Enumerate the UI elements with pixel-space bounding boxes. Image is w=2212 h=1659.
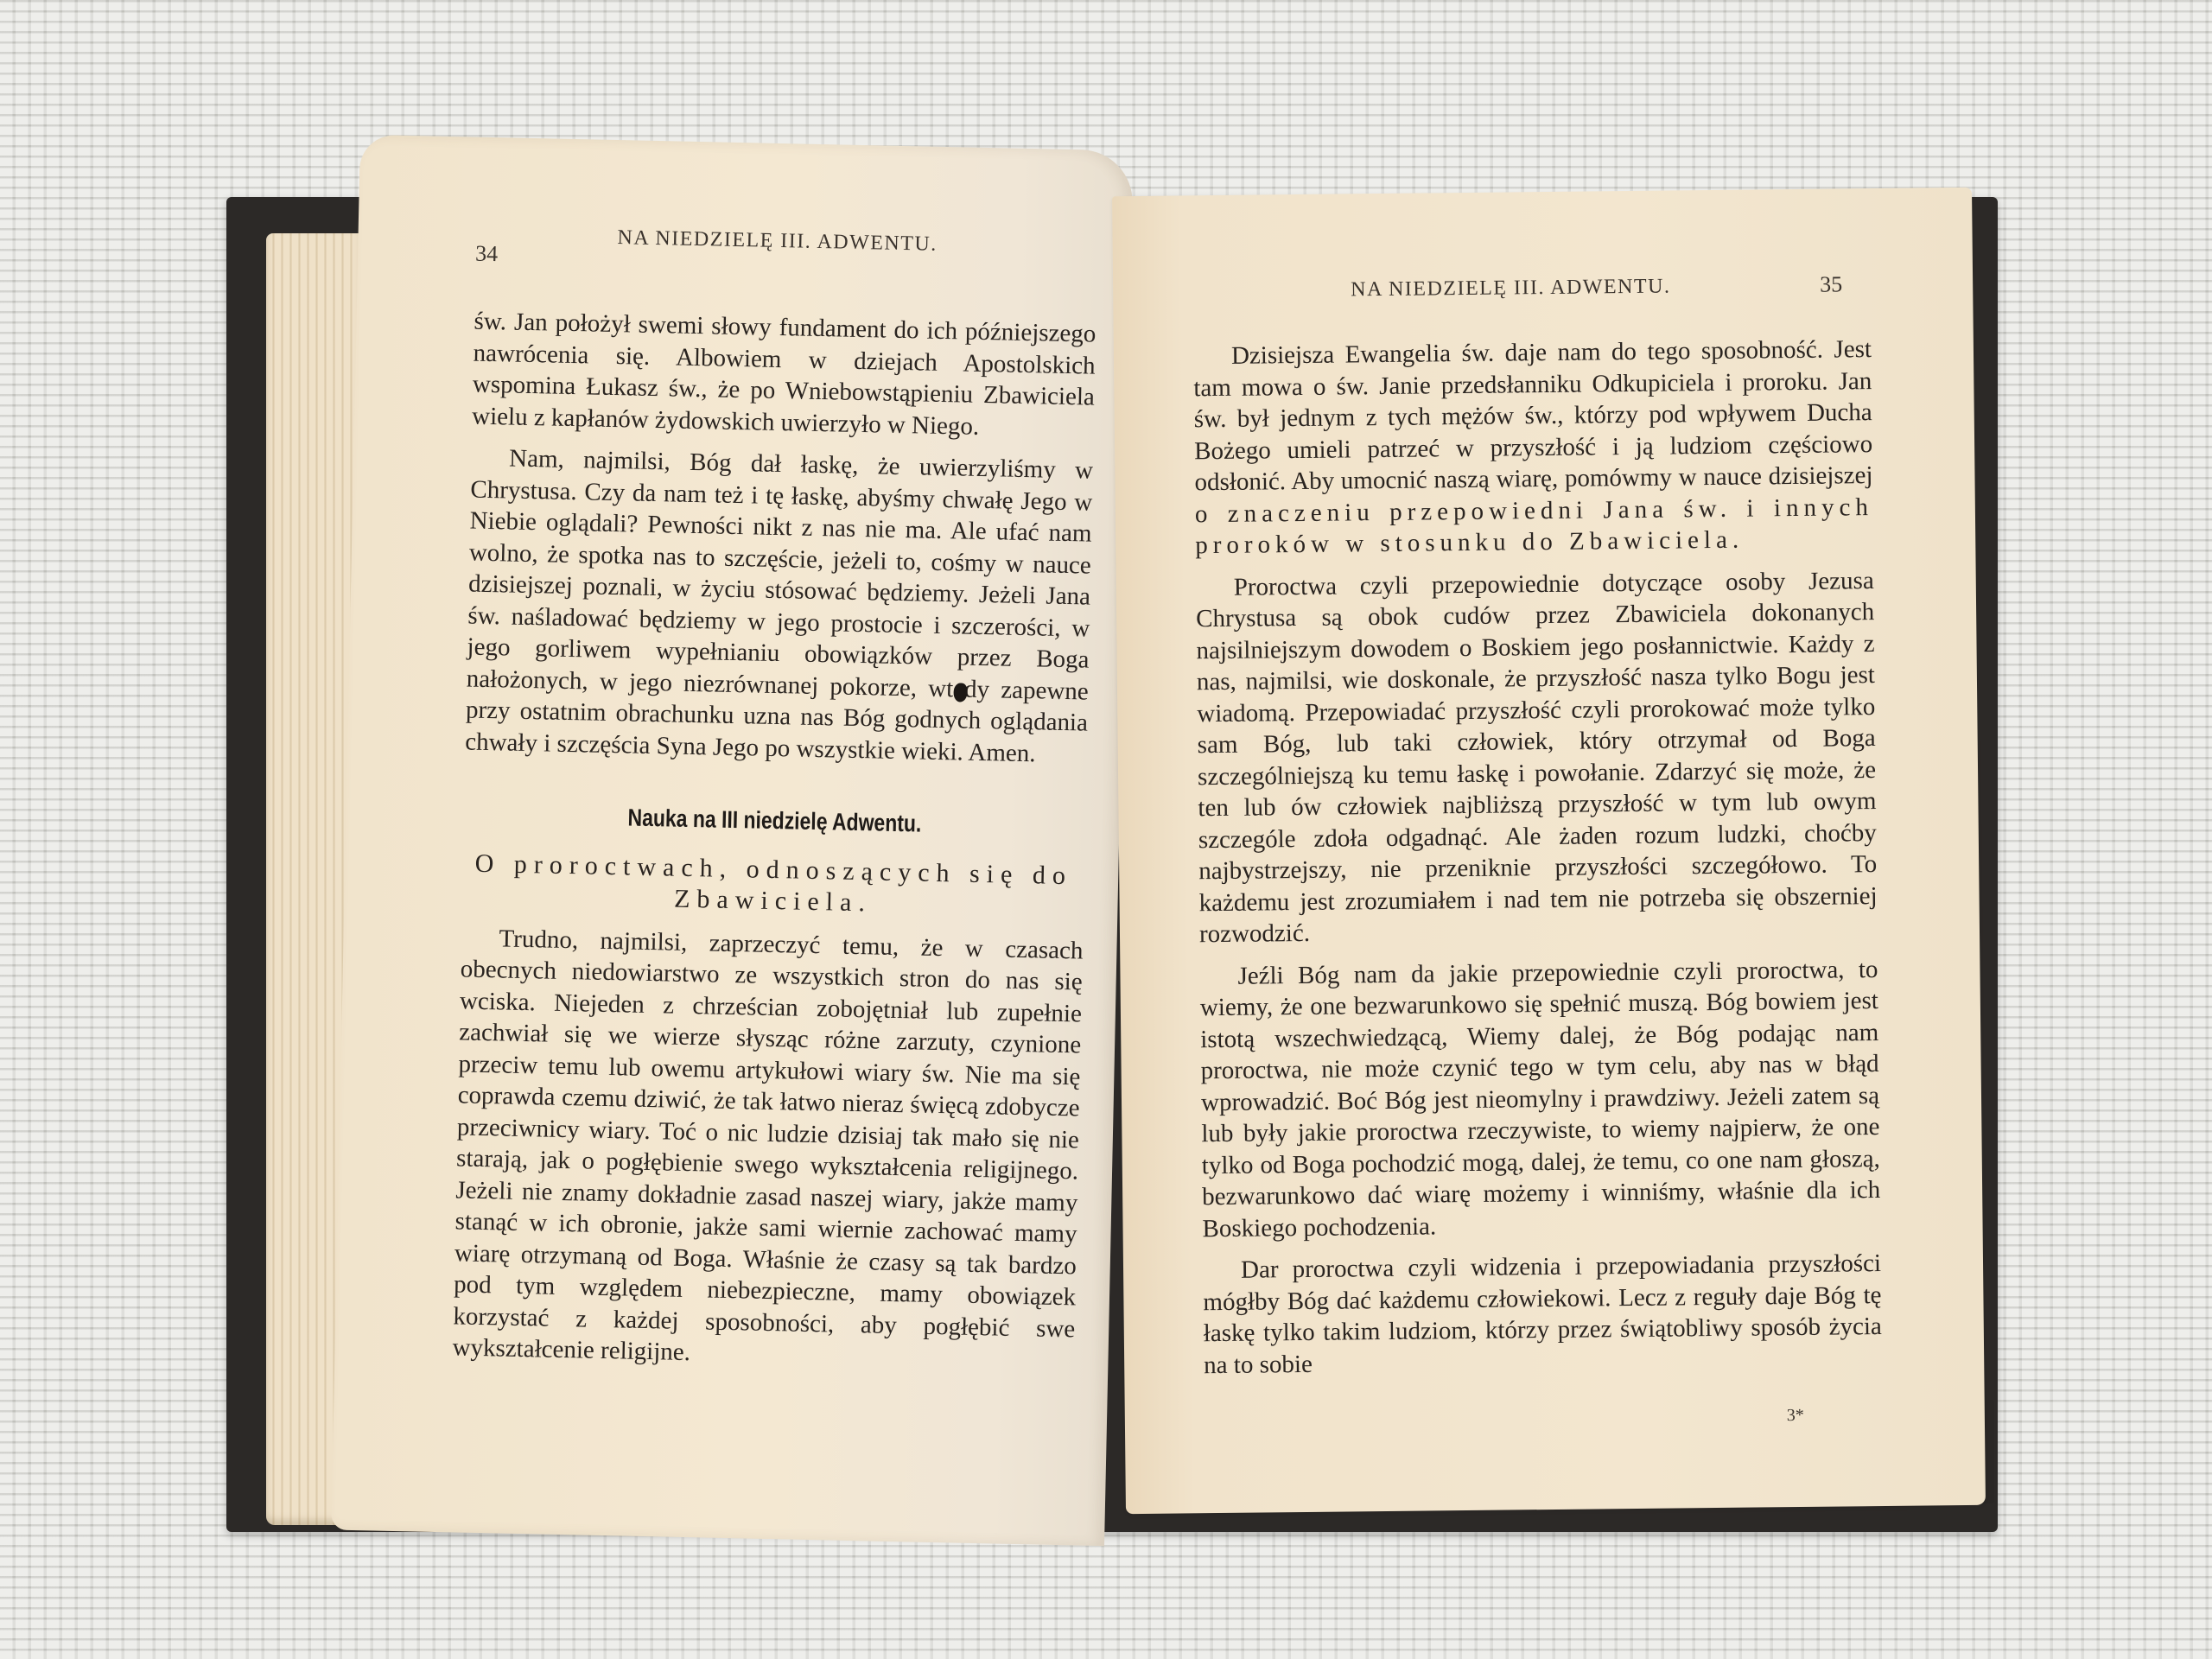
paragraph: Trudno, najmilsi, zaprzeczyć temu, że w … <box>452 922 1084 1376</box>
emphasized-text: o znaczeniu przepowiedni Jana św. i inny… <box>1195 493 1873 560</box>
section-title: Nauka na III niedzielę Adwentu. <box>519 800 1030 842</box>
page-number-right: 35 <box>1820 271 1842 297</box>
left-page-text: św. Jan położył swemi słowy fundament do… <box>452 306 1096 1387</box>
paragraph: Nam, najmilsi, Bóg dał łaskę, że uwierzy… <box>465 442 1093 771</box>
paragraph: Dzisiejsza Ewangelia św. daje nam do teg… <box>1193 334 1874 562</box>
signature-mark: 3* <box>1787 1406 1804 1426</box>
left-page: 34 NA NIEDZIELĘ III. ADWENTU. św. Jan po… <box>331 135 1134 1546</box>
paragraph: Proroctwa czyli przepowiednie dotyczące … <box>1196 565 1878 950</box>
page-number-left: 34 <box>475 241 499 268</box>
right-page: NA NIEDZIELĘ III. ADWENTU. 35 Dzisiejsza… <box>1112 188 1986 1514</box>
running-head-left: NA NIEDZIELĘ III. ADWENTU. <box>617 226 938 257</box>
right-page-text: Dzisiejsza Ewangelia św. daje nam do teg… <box>1193 334 1883 1391</box>
section-subtitle: O proroctwach, odnoszących się do Zbawic… <box>461 848 1084 923</box>
paragraph: Jeźli Bóg nam da jakie przepowiednie czy… <box>1199 954 1880 1245</box>
paragraph: Dar proroctwa czyli widzenia i przepowia… <box>1203 1248 1882 1381</box>
running-head-right: NA NIEDZIELĘ III. ADWENTU. <box>1351 275 1671 302</box>
paragraph-text: Dzisiejsza Ewangelia św. daje nam do teg… <box>1193 335 1872 496</box>
paragraph: św. Jan położył swemi słowy fundament do… <box>472 306 1096 445</box>
